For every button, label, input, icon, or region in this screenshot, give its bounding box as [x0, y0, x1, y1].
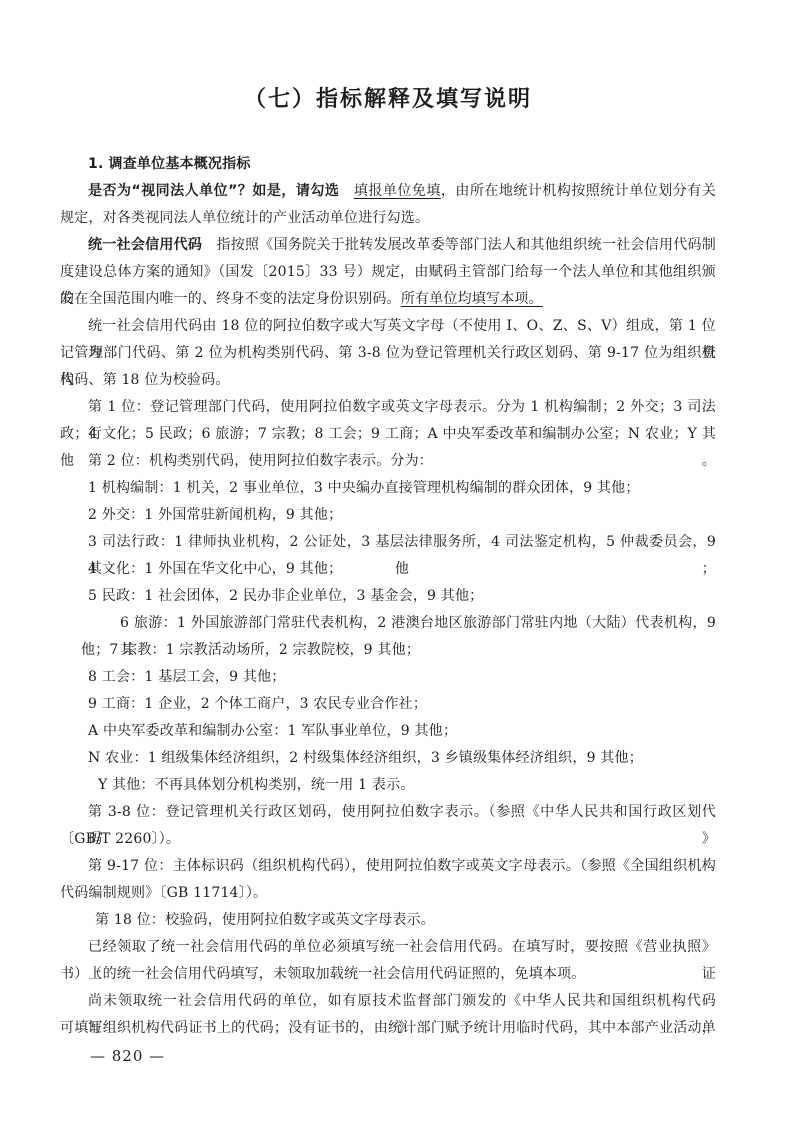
text-segment: N 农业：1 组级集体经济组织，2 村级集体经济组织，3 乡镇级集体经济组织，9… — [88, 750, 643, 766]
text-line: 尚未领取统一社会信用代码的单位，如有原技术监督部门颁发的《中华人民共和国组织机构… — [60, 988, 716, 1015]
text-line: 第 3-8 位：登记管理机关行政区划码，使用阿拉伯数字表示。（参照《中华人民共和… — [60, 799, 716, 826]
text-column: （七）指标解释及填写说明 1. 调查单位基本概况指标是否为“视同法人单位”？如是… — [60, 0, 716, 1067]
text-line: 代码、第 18 位为校验码。 — [60, 367, 716, 394]
text-line: 规定，对各类视同法人单位统计的产业活动单位进行勾选。 — [60, 205, 716, 232]
text-segment: 指按照《国务院关于批转发展改革委等部门法人和其他组织统一社会信用代码制 — [202, 237, 716, 253]
text-segment: 第 2 位：机构类别代码，使用阿拉伯数字表示。分为： — [88, 453, 433, 469]
page-number: — 820 — — [60, 1045, 716, 1067]
text-segment — [339, 183, 354, 199]
text-line: 2 外交：1 外国常驻新闻机构，9 其他； — [60, 502, 716, 529]
text-line: 6 旅游：1 外国旅游部门常驻代表机构，2 港澳台地区旅游部门常驻内地（大陆）代… — [60, 610, 716, 637]
text-segment: 9 工商：1 企业，2 个体工商户，3 农民专业合作社； — [88, 696, 427, 712]
text-segment: A 中央军委改革和编制办公室：1 军队事业单位，9 其他； — [88, 723, 457, 739]
text-line: 统一社会信用代码由 18 位的阿拉伯数字或大写英文字母（不使用 I、O、Z、S、… — [60, 313, 716, 340]
text-line: 第 9-17 位：主体标识码（组织机构代码），使用阿拉伯数字或英文字母表示。（参… — [60, 853, 716, 880]
text-segment: ，由所在地统计机构按照统计单位划分有关 — [441, 183, 716, 199]
text-segment: 代码、第 18 位为校验码。 — [60, 372, 230, 388]
text-segment: 第 18 位：校验码，使用阿拉伯数字或英文字母表示。 — [95, 912, 435, 928]
text-line: 9 工商：1 企业，2 个体工商户，3 农民专业合作社； — [60, 691, 716, 718]
text-line: 的在全国范围内唯一的、终身不变的法定身份识别码。所有单位均填写本项。 — [60, 286, 716, 313]
text-segment: 他；7 宗教：1 宗教活动场所，2 宗教院校，9 其他； — [81, 642, 420, 658]
text-line: 政；4 文化；5 民政；6 旅游；7 宗教；8 工会；9 工商；A 中央军委改革… — [60, 421, 716, 448]
text-line: 已经领取了统一社会信用代码的单位必须填写统一社会信用代码。在填写时，要按照《营业… — [60, 934, 716, 961]
text-segment: 8 工会：1 基层工会，9 其他； — [88, 669, 285, 685]
text-segment: 〔GB/T 2260〕）。 — [60, 831, 180, 847]
text-segment: 2 外交：1 外国常驻新闻机构，9 其他； — [88, 507, 342, 523]
text-line: 代码编制规则》〔GB 11714〕）。 — [60, 880, 716, 907]
text-segment: 1 机构编制：1 机关，2 事业单位，3 中央编办直接管理机构编制的群众团体，9… — [88, 480, 640, 496]
text-segment: 规定，对各类视同法人单位统计的产业活动单位进行勾选。 — [60, 210, 429, 226]
text-segment: 第 3-8 位：登记管理机关行政区划码，使用阿拉伯数字表示。（参照《中华人民共和… — [88, 804, 716, 847]
underlined-text: 所有单位均填写本项。 — [401, 291, 543, 307]
bold-text: 是否为“视同法人单位”？如是，请勾选 — [88, 183, 339, 199]
text-line: 记管理部门代码、第 2 位为机构类别代码、第 3-8 位为登记管理机关行政区划码… — [60, 340, 716, 367]
text-line: A 中央军委改革和编制办公室：1 军队事业单位，9 其他； — [60, 718, 716, 745]
document-page: （七）指标解释及填写说明 1. 调查单位基本概况指标是否为“视同法人单位”？如是… — [0, 0, 793, 1122]
text-line: 第 18 位：校验码，使用阿拉伯数字或英文字母表示。 — [60, 907, 716, 934]
text-line: 1 机构编制：1 机关，2 事业单位，3 中央编办直接管理机构编制的群众团体，9… — [60, 475, 716, 502]
text-line: 8 工会：1 基层工会，9 其他； — [60, 664, 716, 691]
text-line: 第 1 位：登记管理部门代码，使用阿拉伯数字或英文字母表示。分为 1 机构编制；… — [60, 394, 716, 421]
text-line: Y 其他：不再具体划分机构类别，统一用 1 表示。 — [60, 772, 716, 799]
text-line: 1. 调查单位基本概况指标 — [60, 151, 716, 178]
text-line: 可填写组织机构代码证书上的代码；没有证书的，由统计部门赋予统计用临时代码，其中本… — [60, 1015, 716, 1042]
text-segment: 代码编制规则》〔GB 11714〕）。 — [60, 885, 267, 901]
bold-text: 统一社会信用代码 — [88, 237, 202, 253]
text-line: 度建设总体方案的通知》（国发〔2015〕33 号）规定，由赋码主管部门给每一个法… — [60, 259, 716, 286]
text-line: N 农业：1 组级集体经济组织，2 村级集体经济组织，3 乡镇级集体经济组织，9… — [60, 745, 716, 772]
text-line: 5 民政：1 社会团体，2 民办非企业单位，3 基金会，9 其他； — [60, 583, 716, 610]
text-line: 3 司法行政：1 律师执业机构，2 公证处，3 基层法律服务所，4 司法鉴定机构… — [60, 529, 716, 556]
text-segment: 的在全国范围内唯一的、终身不变的法定身份识别码。 — [60, 291, 401, 307]
page-title: （七）指标解释及填写说明 — [60, 0, 716, 114]
text-segment: 第 9-17 位：主体标识码（组织机构代码），使用阿拉伯数字或英文字母表示。（参… — [88, 858, 716, 874]
underlined-text: 填报单位免填 — [354, 183, 441, 199]
text-line: 是否为“视同法人单位”？如是，请勾选 填报单位免填，由所在地统计机构按照统计单位… — [60, 178, 716, 205]
text-segment: 书）上的统一社会信用代码填写，未领取加载统一社会信用代码证照的，免填本项。 — [60, 966, 585, 982]
text-line: 统一社会信用代码 指按照《国务院关于批转发展改革委等部门法人和其他组织统一社会信… — [60, 232, 716, 259]
text-line: 他；7 宗教：1 宗教活动场所，2 宗教院校，9 其他； — [60, 637, 716, 664]
bold-text: 1. 调查单位基本概况指标 — [88, 156, 251, 172]
text-segment: 4 文化：1 外国在华文化中心，9 其他； — [88, 561, 342, 577]
text-segment: Y 其他：不再具体划分机构类别，统一用 1 表示。 — [98, 777, 415, 793]
text-segment: 5 民政：1 社会团体，2 民办非企业单位，3 基金会，9 其他； — [88, 588, 483, 604]
document-body: 1. 调查单位基本概况指标是否为“视同法人单位”？如是，请勾选 填报单位免填，由… — [60, 151, 716, 1042]
text-segment: 可填写组织机构代码证书上的代码；没有证书的，由统计部门赋予统计用临时代码，其中本… — [60, 1020, 716, 1036]
